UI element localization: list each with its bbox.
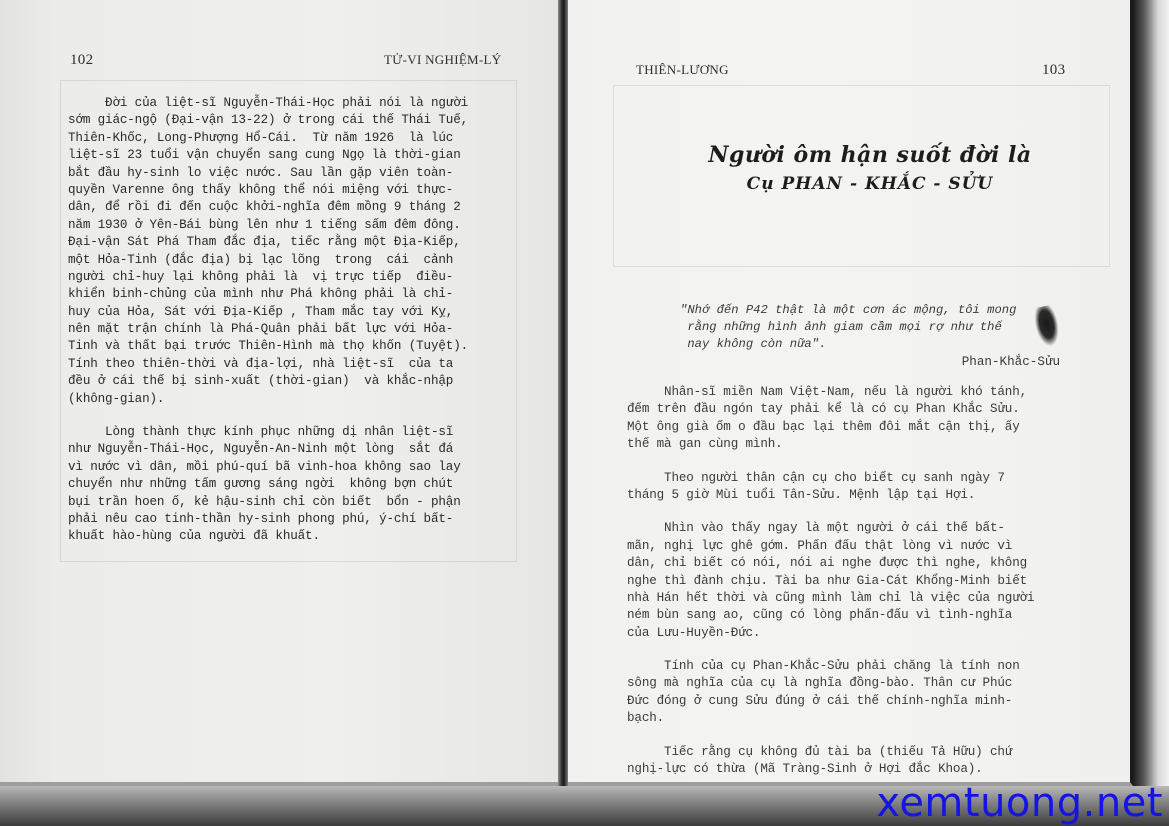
text-line: Nhìn vào thấy ngay là một người ở cái th…	[627, 520, 1067, 537]
right_page-paragraph: Nhân-sĩ miền Nam Việt-Nam, nếu là người …	[627, 384, 1067, 454]
text-line: dân, chỉ biết có nói, nói ai nghe được t…	[627, 555, 1067, 572]
text-line: người chỉ-huy lại không phải là vị trực …	[68, 269, 508, 286]
text-line: chuyển như những tấm gương sáng ngời khô…	[68, 476, 508, 493]
right_page-paragraph: Theo người thân cận cụ cho biết cụ sanh …	[627, 470, 1067, 505]
book-gutter	[558, 0, 568, 800]
paragraph-gap	[627, 504, 1067, 520]
text-line: phải nêu cao tinh-thần hy-sinh phong phú…	[68, 511, 508, 528]
text-line: (không-gian).	[68, 391, 508, 408]
paragraph-gap	[627, 728, 1067, 744]
text-line: nên mặt trận chính là Phá-Quân phải bất …	[68, 321, 508, 338]
epigraph-quote: "Nhớ đến P42 thật là một cơn ác mộng, tô…	[680, 302, 1070, 353]
right-page-body: Nhân-sĩ miền Nam Việt-Nam, nếu là người …	[627, 384, 1067, 778]
text-line: nhà Hán hết thời và cũng mình làm chỉ là…	[627, 590, 1067, 607]
text-line: tháng 5 giờ Mùi tuổi Tân-Sửu. Mệnh lập t…	[627, 487, 1067, 504]
text-line: vì nước vì dân, mồi phú-quí bã vinh-hoa …	[68, 459, 508, 476]
epigraph-author: Phan-Khắc-Sửu	[900, 355, 1060, 369]
text-line: Theo người thân cận cụ cho biết cụ sanh …	[627, 470, 1067, 487]
chapter-title-line-1: Người ôm hận suốt đời là	[690, 140, 1050, 170]
text-line: như Nguyễn-Thái-Học, Nguyễn-An-Ninh một …	[68, 441, 508, 458]
text-line: ném bùn sang ao, cũng có lòng phấn-đấu v…	[627, 607, 1067, 624]
text-line: nghị-lực có thừa (Mã Tràng-Sinh ở Hợi đắ…	[627, 761, 1067, 778]
left-page-number: 102	[70, 52, 93, 69]
quote-line: "Nhớ đến P42 thật là một cơn ác mộng, tô…	[680, 302, 1070, 319]
text-line: mãn, nghị lực ghê gớm. Phấn đấu thật lòn…	[627, 538, 1067, 555]
text-line: một Hỏa-Tinh (đắc địa) bị lạc lõng trong…	[68, 252, 508, 269]
text-line: quyền Varenne ông thấy không thể nói miệ…	[68, 182, 508, 199]
text-line: bắt đầu hy-sinh lo việc nước. Sau lần gặ…	[68, 165, 508, 182]
quote-line: rằng những hình ảnh giam cầm mọi rợ như …	[680, 319, 1070, 336]
text-line: Lòng thành thực kính phục những dị nhân …	[68, 424, 508, 441]
right-running-header: THIÊN-LƯƠNG	[636, 62, 729, 78]
text-line: nghe thì đành chịu. Tài ba như Gia-Cát K…	[627, 573, 1067, 590]
right_page-paragraph: Nhìn vào thấy ngay là một người ở cái th…	[627, 520, 1067, 642]
chapter-title-line-2: Cụ PHAN - KHẮC - SỬU	[690, 170, 1050, 198]
right_page-paragraph: Tính của cụ Phan-Khắc-Sửu phải chăng là …	[627, 658, 1067, 728]
text-line: huy của Hỏa, Sát với Địa-Kiếp , Tham mắc…	[68, 304, 508, 321]
right-page-number: 103	[1042, 62, 1065, 79]
text-line: đều ở cái thế bị sinh-xuất (thời-gian) v…	[68, 373, 508, 390]
text-line: sông mà nghĩa của cụ là nghĩa đồng-bào. …	[627, 675, 1067, 692]
text-line: Đời của liệt-sĩ Nguyễn-Thái-Học phải nói…	[68, 95, 508, 112]
text-line: của Lưu-Huyền-Đức.	[627, 625, 1067, 642]
text-line: khiển binh-chủng của mình như Phá không …	[68, 286, 508, 303]
left-page: 102 TỬ-VI NGHIỆM-LÝ Đời của liệt-sĩ Nguy…	[0, 0, 560, 786]
text-line: liệt-sĩ 23 tuổi vận chuyển sang cung Ngọ…	[68, 147, 508, 164]
left-page-body: Đời của liệt-sĩ Nguyễn-Thái-Học phải nói…	[68, 95, 508, 546]
text-line: bạch.	[627, 710, 1067, 727]
text-line: dân, để rồi đi đến cuộc khởi-nghĩa đêm m…	[68, 199, 508, 216]
left-running-header: TỬ-VI NGHIỆM-LÝ	[384, 52, 501, 68]
left_page-paragraph: Lòng thành thực kính phục những dị nhân …	[68, 424, 508, 546]
page-edge-shadow	[1133, 0, 1169, 800]
text-line: sớm giác-ngộ (Đại-vận 13-22) ở trong cái…	[68, 112, 508, 129]
text-line: Tinh và thất bại trước Thiên-Hình mà thọ…	[68, 338, 508, 355]
quote-line: nay không còn nữa".	[680, 336, 1070, 353]
text-line: Đức đóng ở cung Sửu đúng ở cái thế chính…	[627, 693, 1067, 710]
text-line: Tính của cụ Phan-Khắc-Sửu phải chăng là …	[627, 658, 1067, 675]
paragraph-gap	[627, 454, 1067, 470]
text-line: bụi trần hoen ố, kẻ hậu-sinh chỉ còn biế…	[68, 494, 508, 511]
text-line: thế mà gan cùng mình.	[627, 436, 1067, 453]
paragraph-gap	[627, 642, 1067, 658]
chapter-title: Người ôm hận suốt đời là Cụ PHAN - KHẮC …	[690, 140, 1050, 198]
site-watermark: xemtuong.net	[876, 781, 1163, 825]
text-line: Nhân-sĩ miền Nam Việt-Nam, nếu là người …	[627, 384, 1067, 401]
book-spread: 102 TỬ-VI NGHIỆM-LÝ Đời của liệt-sĩ Nguy…	[0, 0, 1169, 826]
text-line: Một ông già ốm o đầu bạc lại thêm đôi mắ…	[627, 419, 1067, 436]
paragraph-gap	[68, 408, 508, 424]
right_page-paragraph: Tiếc rằng cụ không đủ tài ba (thiếu Tả H…	[627, 744, 1067, 779]
text-line: Thiên-Khốc, Long-Phượng Hổ-Cái. Từ năm 1…	[68, 130, 508, 147]
text-line: Tính theo thiên-thời và địa-lợi, nhà liệ…	[68, 356, 508, 373]
text-line: năm 1930 ở Yên-Bái bùng lên như 1 tiếng …	[68, 217, 508, 234]
text-line: Đại-vận Sát Phá Tham đắc địa, tiếc rằng …	[68, 234, 508, 251]
text-line: khuất hào-hùng của người đã khuất.	[68, 528, 508, 545]
left_page-paragraph: Đời của liệt-sĩ Nguyễn-Thái-Học phải nói…	[68, 95, 508, 408]
text-line: đếm trên đầu ngón tay phải kể là có cụ P…	[627, 401, 1067, 418]
text-line: Tiếc rằng cụ không đủ tài ba (thiếu Tả H…	[627, 744, 1067, 761]
